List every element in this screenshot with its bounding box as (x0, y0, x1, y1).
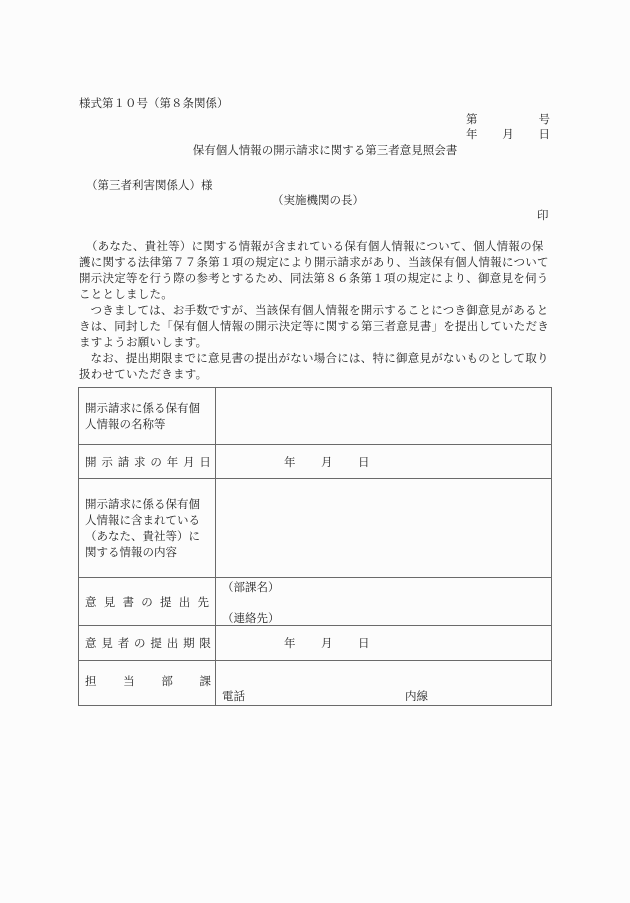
date-year: 年 (466, 127, 478, 142)
request-year: 年 (284, 454, 321, 470)
body-paragraph: （あなた、貴社等）に関する情報が含まれている保有個人情報について、個人情報の保護… (79, 238, 551, 302)
body-paragraph: なお、提出期限までに意見書の提出がない場合には、特に御意見がないものとして取り扱… (79, 350, 551, 382)
addressee: （第三者利害関係人）様 (86, 178, 213, 193)
label-submission-destination: 意 見 書 の 提 出 先 (79, 578, 216, 626)
request-day: 日 (358, 454, 395, 470)
dept-label: （部課名） (222, 579, 280, 595)
table-row-request-date: 開 示 請 求 の 年 月 日 年 月 日 (79, 445, 552, 479)
body-paragraph: つきましては、お手数ですが、当該保有個人情報を開示することにつき御意見があるとき… (79, 302, 551, 350)
seal-mark: 印 (537, 208, 549, 223)
deadline-year: 年 (284, 635, 321, 651)
table-row-submission-deadline: 意 見 者 の 提 出 期 限 年 月 日 (79, 626, 552, 661)
doc-number-prefix: 第 (466, 112, 478, 127)
field-responsible-section[interactable]: 電話 内線 (216, 661, 552, 706)
table-row-submission-destination: 意 見 書 の 提 出 先 （部課名） （連絡先） (79, 578, 552, 626)
document-number: 第 号 (466, 112, 550, 127)
form-number: 様式第１０号（第８条関係） (79, 96, 229, 111)
field-submission-destination[interactable]: （部課名） （連絡先） (216, 578, 552, 626)
field-request-date[interactable]: 年 月 日 (216, 445, 552, 479)
document-date: 年 月 日 (466, 127, 550, 142)
table-row-responsible-section: 担 当 部 課 電話 内線 (79, 661, 552, 706)
request-month: 月 (321, 454, 358, 470)
doc-number-suffix: 号 (539, 112, 551, 127)
label-info-name: 開示請求に係る保有個人情報の名称等 (79, 388, 216, 445)
phone-label: 電話 (222, 688, 245, 704)
field-info-content[interactable] (216, 479, 552, 578)
field-submission-deadline[interactable]: 年 月 日 (216, 626, 552, 661)
contact-label: （連絡先） (222, 610, 280, 626)
deadline-day: 日 (358, 635, 395, 651)
label-request-date: 開 示 請 求 の 年 月 日 (79, 445, 216, 479)
label-responsible-section: 担 当 部 課 (79, 661, 216, 706)
date-month: 月 (502, 127, 514, 142)
label-info-content: 開示請求に係る保有個人情報に含まれている（あなた、貴社等）に関する情報の内容 (79, 479, 216, 578)
info-table: 開示請求に係る保有個人情報の名称等 開 示 請 求 の 年 月 日 年 月 日 … (78, 387, 552, 706)
table-row-info-name: 開示請求に係る保有個人情報の名称等 (79, 388, 552, 445)
field-info-name[interactable] (216, 388, 552, 445)
table-row-info-content: 開示請求に係る保有個人情報に含まれている（あなた、貴社等）に関する情報の内容 (79, 479, 552, 578)
label-submission-deadline: 意 見 者 の 提 出 期 限 (79, 626, 216, 661)
deadline-month: 月 (321, 635, 358, 651)
extension-label: 内線 (405, 688, 428, 704)
sender: （実施機関の長） (272, 193, 364, 208)
document-title: 保有個人情報の開示請求に関する第三者意見照会書 (0, 143, 630, 158)
body-text: （あなた、貴社等）に関する情報が含まれている保有個人情報について、個人情報の保護… (79, 238, 551, 382)
date-day: 日 (539, 127, 551, 142)
